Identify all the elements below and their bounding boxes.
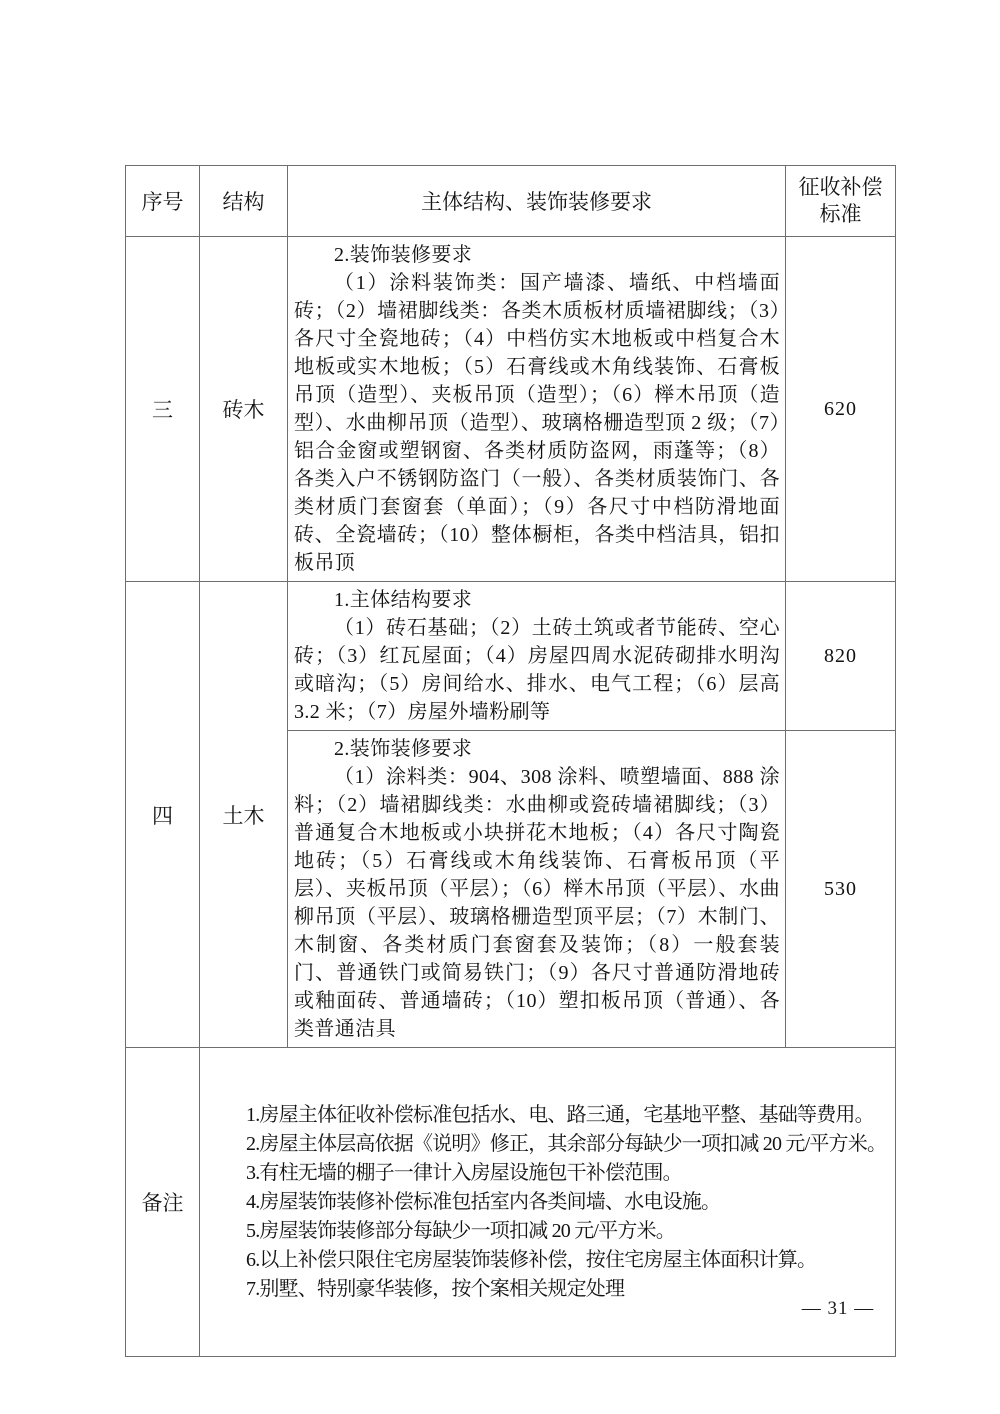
row-four-decoration-standard-value: 530: [786, 731, 896, 1048]
row-three-serial: 三: [126, 237, 200, 582]
page-number: — 31 —: [780, 1298, 896, 1320]
section-body: （1）涂料装饰类：国产墙漆、墙纸、中档墙面砖；（2）墙裙脚线类：各类木质板材质墙…: [294, 269, 780, 577]
compensation-standards-table: 序号 结构 主体结构、装饰装修要求 征收补偿标准 三 砖木 2.装饰装修要求 （…: [125, 165, 896, 1357]
header-structure: 结构: [200, 166, 288, 237]
remark-note-2: 2.房屋主体层高依据《说明》修正，其余部分每缺少一项扣减 20 元/平方米。: [206, 1130, 891, 1159]
row-three-requirements: 2.装饰装修要求 （1）涂料装饰类：国产墙漆、墙纸、中档墙面砖；（2）墙裙脚线类…: [288, 237, 786, 582]
row-four-main-standard-value: 820: [786, 582, 896, 731]
row-four-main-structure-requirements: 1.主体结构要求 （1）砖石基础；（2）土砖土筑或者节能砖、空心砖；（3）红瓦屋…: [288, 582, 786, 731]
remark-note-1: 1.房屋主体征收补偿标准包括水、电、路三通，宅基地平整、基础等费用。: [206, 1101, 891, 1130]
row-three-structure: 砖木: [200, 237, 288, 582]
table-header-row: 序号 结构 主体结构、装饰装修要求 征收补偿标准: [126, 166, 896, 237]
document-page: 序号 结构 主体结构、装饰装修要求 征收补偿标准 三 砖木 2.装饰装修要求 （…: [0, 0, 1000, 1414]
section-body: （1）涂料类：904、308 涂料、喷塑墙面、888 涂料；（2）墙裙脚线类：水…: [294, 763, 780, 1043]
remark-note-4: 4.房屋装饰装修补偿标准包括室内各类间墙、水电设施。: [206, 1188, 891, 1217]
header-standard: 征收补偿标准: [786, 166, 896, 237]
remarks-label: 备注: [126, 1048, 200, 1357]
row-four-decoration-requirements: 2.装饰装修要求 （1）涂料类：904、308 涂料、喷塑墙面、888 涂料；（…: [288, 731, 786, 1048]
header-standard-label: 征收补偿标准: [795, 174, 887, 228]
header-requirements: 主体结构、装饰装修要求: [288, 166, 786, 237]
section-title: 1.主体结构要求: [294, 586, 780, 614]
section-body: （1）砖石基础；（2）土砖土筑或者节能砖、空心砖；（3）红瓦屋面；（4）房屋四周…: [294, 614, 780, 726]
remark-note-3: 3.有柱无墙的棚子一律计入房屋设施包干补偿范围。: [206, 1159, 891, 1188]
header-serial: 序号: [126, 166, 200, 237]
remark-note-6: 6.以上补偿只限住宅房屋装饰装修补偿，按住宅房屋主体面积计算。: [206, 1246, 891, 1275]
table-row: 四 土木 1.主体结构要求 （1）砖石基础；（2）土砖土筑或者节能砖、空心砖；（…: [126, 582, 896, 731]
section-title: 2.装饰装修要求: [294, 241, 780, 269]
table-row: 三 砖木 2.装饰装修要求 （1）涂料装饰类：国产墙漆、墙纸、中档墙面砖；（2）…: [126, 237, 896, 582]
section-title: 2.装饰装修要求: [294, 735, 780, 763]
row-three-standard-value: 620: [786, 237, 896, 582]
row-four-structure: 土木: [200, 582, 288, 1048]
row-four-serial: 四: [126, 582, 200, 1048]
remark-note-5: 5.房屋装饰装修部分每缺少一项扣减 20 元/平方米。: [206, 1217, 891, 1246]
